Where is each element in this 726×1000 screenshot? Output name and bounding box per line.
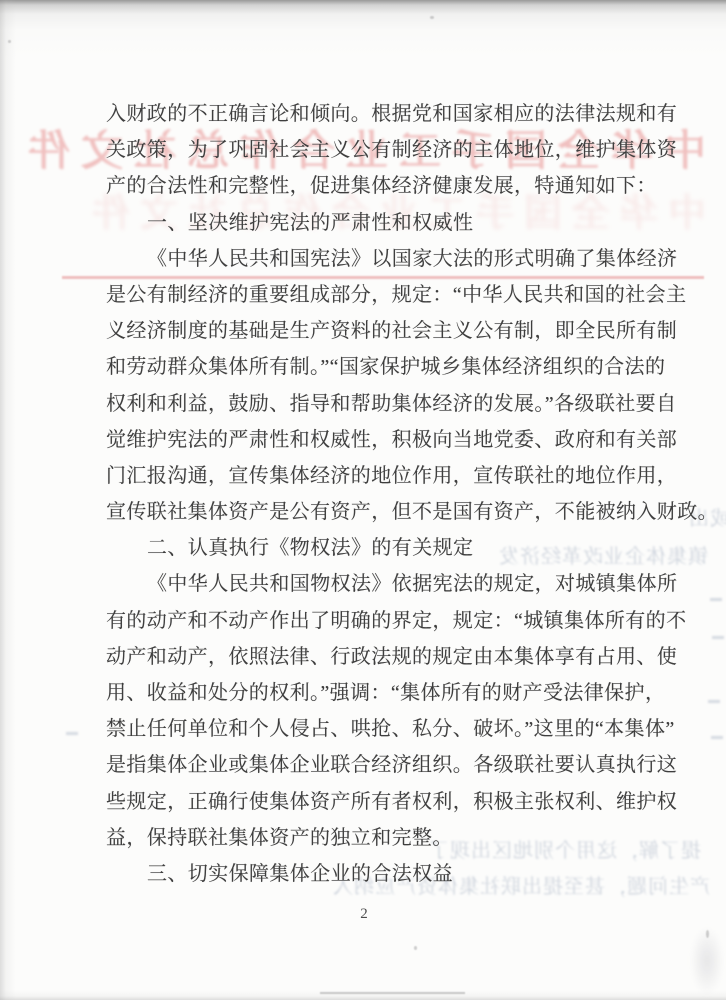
text-line: 《中华人民共和国宪法》以国家大法的形式明确了集体经济: [106, 241, 686, 277]
bleedthrough-mark: [708, 700, 720, 703]
scanned-document-page: 中华全国手工业合作总社文件 中华全国手工业合作总社文件 镇集体企业改革经济发 或…: [0, 0, 726, 1000]
text-line: 权利和利益，鼓励、指导和帮助集体经济的发展。”各级联社要自: [106, 386, 686, 422]
text-line: 《中华人民共和国物权法》依据宪法的规定，对城镇集体所: [106, 566, 686, 602]
bleedthrough-mark: [710, 598, 722, 601]
section-heading-3: 三、切实保障集体企业的合法权益: [106, 856, 686, 892]
text-line: 是公有制经济的重要组成部分，规定：“中华人民共和国的社会主: [106, 277, 686, 313]
text-line: 益，保持联社集体资产的独立和完整。: [106, 820, 686, 856]
bleedthrough-mark: [66, 732, 78, 735]
text-line: 禁止任何单位和个人侵占、哄抢、私分、破坏。”这里的“本集体”: [106, 711, 686, 747]
text-line: 宣传联社集体资产是公有资产，但不是国有资产，不能被纳入财政。: [106, 494, 686, 530]
text-line: 动产和动产，依照法律、行政法规的规定由本集体享有占用、使: [106, 639, 686, 675]
scan-artifact: [430, 16, 434, 19]
text-line: 用、收益和处分的权利。”强调：“集体所有的财产受法律保护，: [106, 675, 686, 711]
text-line: 关政策，为了巩固社会主义公有制经济的主体地位，维护集体资: [106, 132, 686, 168]
scan-artifact: [8, 40, 11, 43]
text-line: 产的合法性和完整性，促进集体经济健康发展，特通知如下：: [106, 168, 686, 204]
text-line: 有的动产和不动产作出了明确的界定，规定：“城镇集体所有的不: [106, 603, 686, 639]
page-number: 2: [352, 906, 376, 923]
scan-edge-left: [0, 0, 16, 1000]
bleedthrough-mark: [711, 736, 723, 739]
section-heading-1: 一、坚决维护宪法的严肃性和权威性: [106, 205, 686, 241]
text-line: 是指集体企业或集体企业联合经济组织。各级联社要认真执行这: [106, 747, 686, 783]
text-line: 觉维护宪法的严肃性和权威性，积极向当地党委、政府和有关部: [106, 422, 686, 458]
scan-edge-top: [0, 0, 726, 60]
text-line: 义经济制度的基础是生产资料的社会主义公有制，即全民所有制: [106, 313, 686, 349]
text-line: 和劳动群众集体所有制。”“国家保护城乡集体经济组织的合法的: [106, 349, 686, 385]
text-line: 门汇报沟通，宣传集体经济的地位作用，宣传联社的地位作用，: [106, 458, 686, 494]
section-heading-2: 二、认真执行《物权法》的有关规定: [106, 530, 686, 566]
scan-artifact: [706, 930, 709, 938]
scan-artifact: [320, 992, 465, 994]
bleedthrough-mark: [712, 636, 724, 639]
scan-artifact: [414, 946, 417, 950]
text-line: 些规定，正确行使集体资产所有者权利，积极主张权利、维护权: [106, 784, 686, 820]
text-line: 入财政的不正确言论和倾向。根据党和国家相应的法律法规和有: [106, 96, 686, 132]
document-body: 入财政的不正确言论和倾向。根据党和国家相应的法律法规和有 关政策，为了巩固社会主…: [106, 96, 686, 892]
